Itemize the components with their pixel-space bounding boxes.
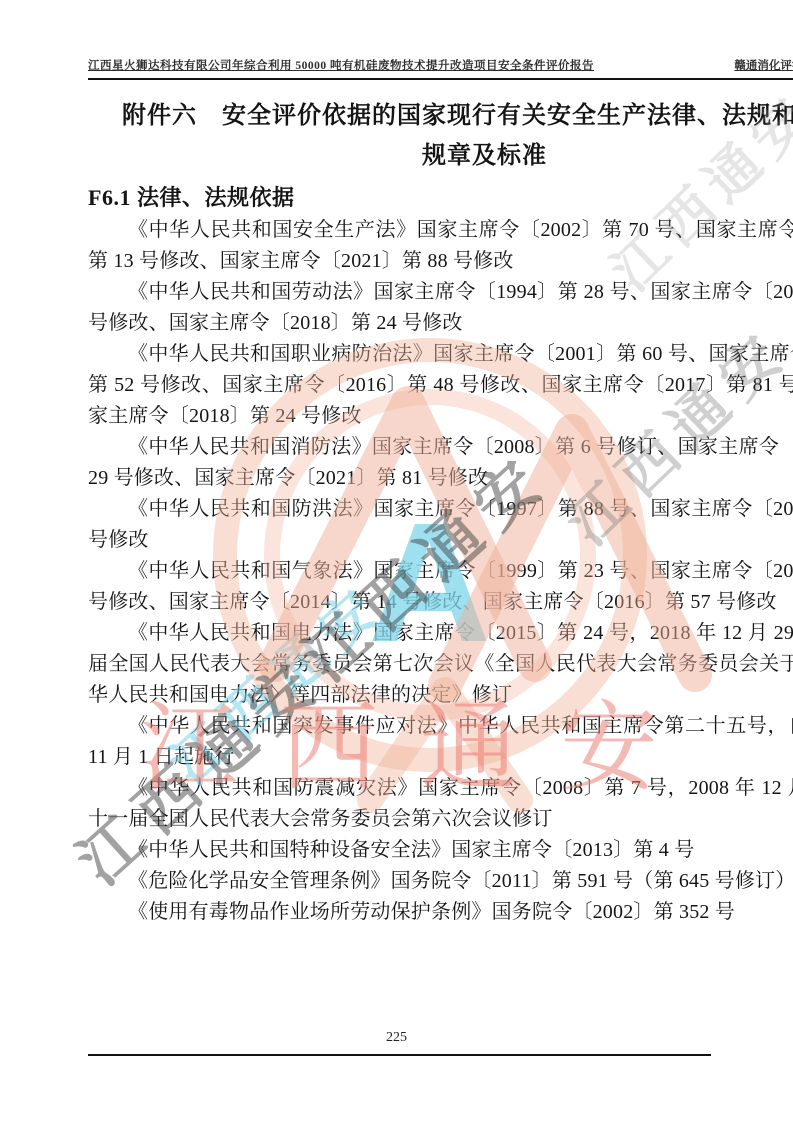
document-page: A 江西通安 江西通安江西通安 江西通安 江西通安 江西通安 江西星火狮达科技有… [0,0,793,1122]
law-reference: 《中华人民共和国特种设备安全法》国家主席令〔2013〕第 4 号 [88,835,793,866]
page-header: 江西星火狮达科技有限公司年综合利用 50000 吨有机硅废物技术提升改造项目安全… [88,57,793,80]
law-reference: 《中华人民共和国电力法》国家主席令〔2015〕第 24 号，2018 年 12 … [88,618,793,711]
law-reference: 《中华人民共和国劳动法》国家主席令〔1994〕第 28 号、国家主席令〔2009… [88,277,793,339]
section-heading: F6.1 法律、法规依据 [88,184,793,212]
law-reference: 《中华人民共和国突发事件应对法》中华人民共和国主席令第二十五号，自 2024 年… [88,711,793,773]
law-reference: 《中华人民共和国防洪法》国家主席令〔1997〕第 88 号、国家主席令〔2016… [88,494,793,556]
law-reference: 《中华人民共和国气象法》国家主席令〔1999〕第 23 号、国家主席令〔2009… [88,556,793,618]
law-reference: 《中华人民共和国安全生产法》国家主席令〔2002〕第 70 号、国家主席令〔20… [88,215,793,277]
appendix-title-line2: 规章及标准 [88,136,793,176]
appendix-title: 附件六 安全评价依据的国家现行有关安全生产法律、法规和部门 规章及标准 [88,96,793,176]
page-number: 225 [0,1030,793,1046]
law-reference: 《中华人民共和国消防法》国家主席令〔2008〕第 6 号修订、国家主席令〔201… [88,432,793,494]
law-reference: 《中华人民共和国防震减灾法》国家主席令〔2008〕第 7 号，2008 年 12… [88,773,793,835]
report-title-header: 江西星火狮达科技有限公司年综合利用 50000 吨有机硅废物技术提升改造项目安全… [88,57,594,73]
appendix-title-line1: 附件六 安全评价依据的国家现行有关安全生产法律、法规和部门 [88,96,793,136]
footer-divider [88,1054,711,1056]
law-reference: 《危险化学品安全管理条例》国务院令〔2011〕第 591 号（第 645 号修订… [88,866,793,897]
legal-references-list: 《中华人民共和国安全生产法》国家主席令〔2002〕第 70 号、国家主席令〔20… [88,215,793,928]
document-number: 赣通消化评字（2024）077 号 [734,57,793,73]
law-reference: 《中华人民共和国职业病防治法》国家主席令〔2001〕第 60 号、国家主席令〔2… [88,339,793,432]
law-reference: 《使用有毒物品作业场所劳动保护条例》国务院令〔2002〕第 352 号 [88,897,793,928]
